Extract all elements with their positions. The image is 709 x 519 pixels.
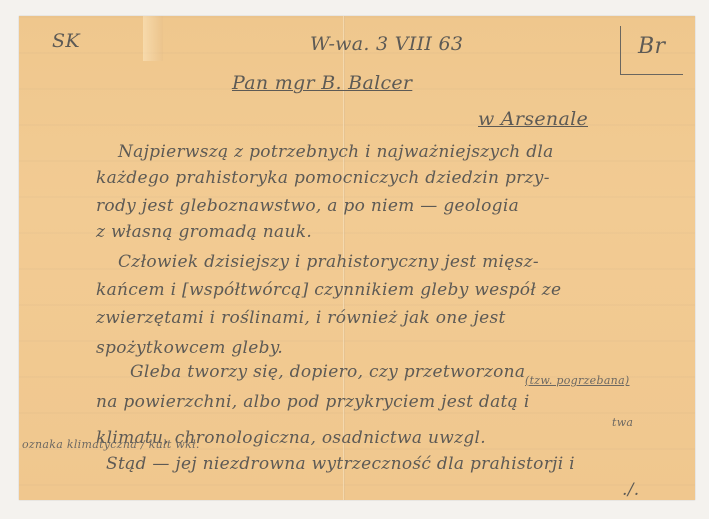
body-line-2: każdego prahistoryka pomocniczych dziedz… [96,168,550,188]
interlinear-insertion-2: twa [612,416,633,429]
body-line-7: zwierzętami i roślinami, i również jak o… [96,308,506,328]
paper-crease-top [143,16,163,61]
body-line-9: Gleba tworzy się, dopiero, czy przetworz… [130,362,525,382]
place-date: W-wa. 3 VIII 63 [310,33,463,55]
continuation-mark: ./. [622,480,639,500]
body-line-1: Najpierwszą z potrzebnych i najważniejsz… [118,142,554,162]
body-line-8: spożytkowcem gleby. [96,338,283,358]
body-line-12: Stąd — jej niezdrowna wytrzeczność dla p… [106,454,575,474]
body-line-10: na powierzchni, albo pod przykryciem jes… [96,392,530,412]
interlinear-insertion: (tzw. pogrzebana) [525,374,630,387]
body-line-5: Człowiek dzisiejszy i prahistoryczny jes… [118,252,539,272]
body-line-6: kańcem i [współtwórcą] czynnikiem gleby … [96,280,561,300]
addressee-line2: w Arsenale [478,108,588,130]
margin-note: oznaka klimatyczna / kult wkł. [22,438,200,451]
initials-left: SK [52,30,80,52]
body-line-3: rody jest gleboznawstwo, a po niem — geo… [96,196,519,216]
body-line-4: z własną gromadą nauk. [96,222,312,242]
addressee-line1: Pan mgr B. Balcer [232,72,412,94]
corner-mark: Br [638,34,665,59]
